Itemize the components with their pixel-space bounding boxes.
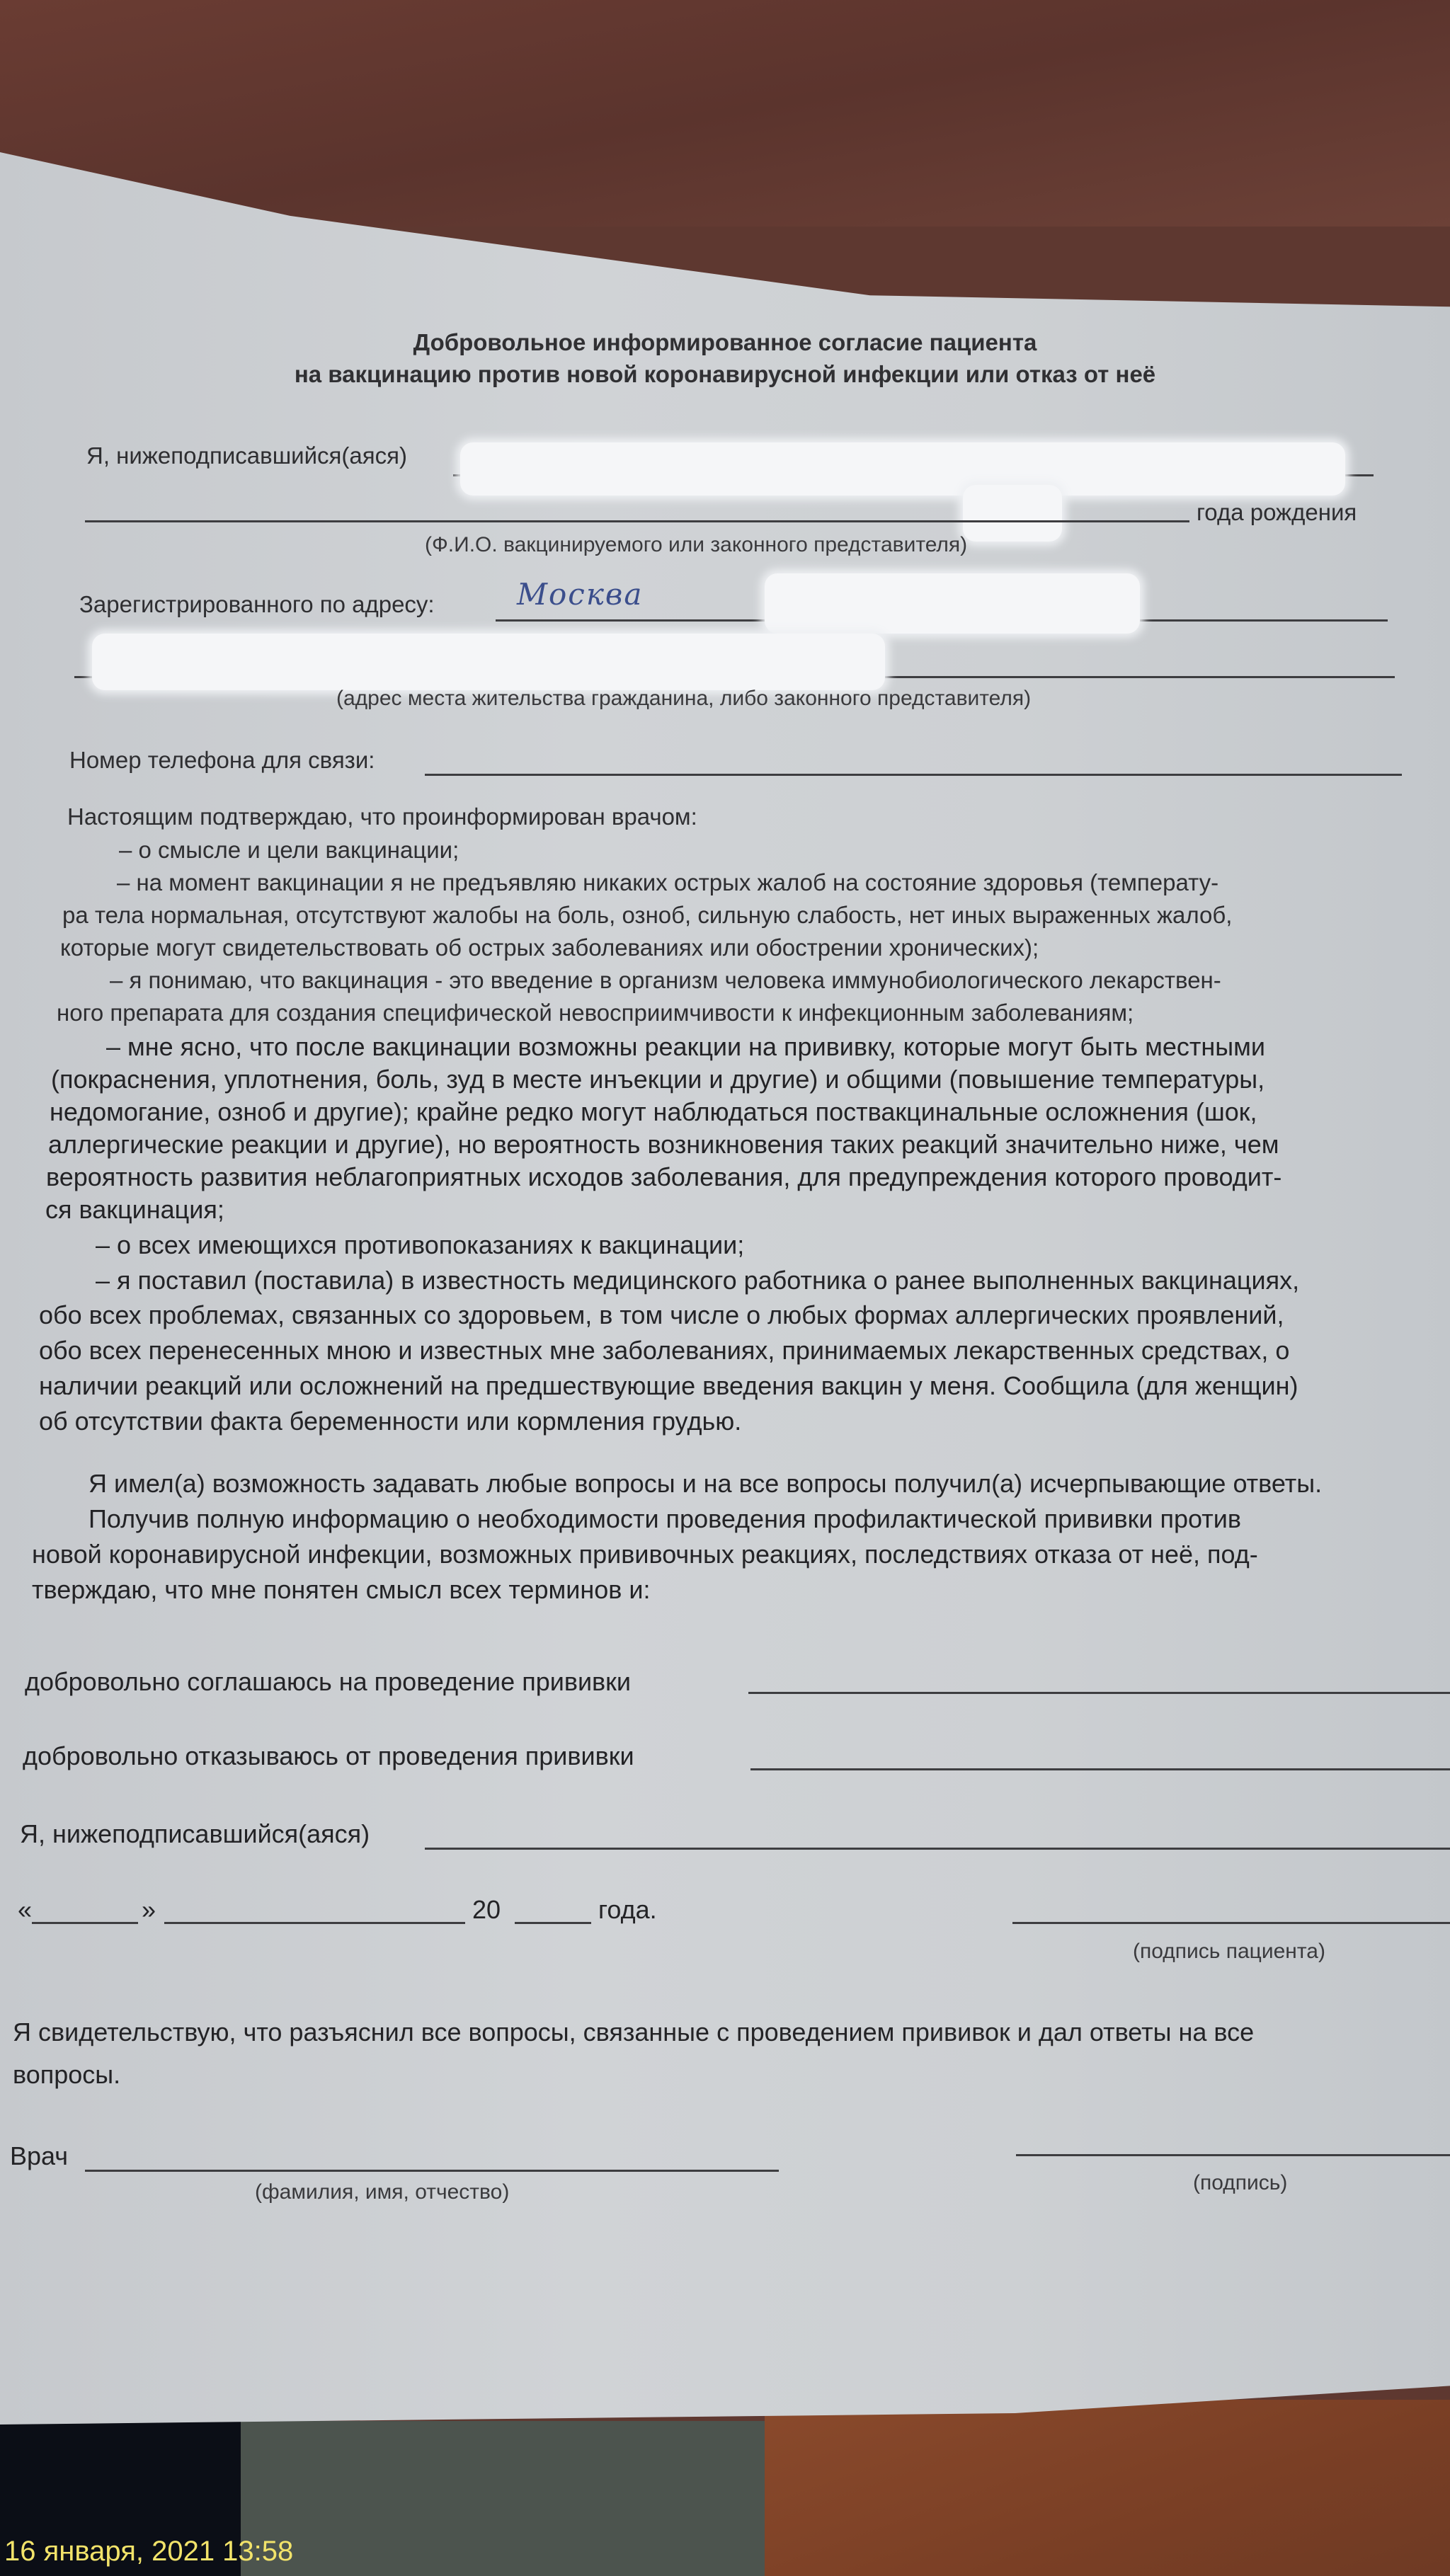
questions-line: новой коронавирусной инфекции, возможных… [32, 1540, 1258, 1569]
patient-name-label: Я, нижеподписавшийся(аяся) [86, 442, 407, 469]
redacted-address-part2 [92, 634, 885, 690]
consent-signature-field[interactable] [748, 1692, 1450, 1694]
doctor-label: Врач [10, 2141, 68, 2171]
patient-signature-caption: (подпись пациента) [1133, 1940, 1325, 1964]
phone-field[interactable] [425, 774, 1402, 776]
address-handwritten-city: Москва [517, 577, 643, 612]
doctor-statement-line1: Я свидетельствую, что разъяснил все вопр… [13, 2017, 1254, 2047]
body-line: – о всех имеющихся противопоказаниях к в… [96, 1230, 744, 1260]
doctor-signature-field[interactable] [1016, 2154, 1450, 2156]
body-line: – я поставил (поставила) в известность м… [96, 1266, 1299, 1295]
body-line: недомогание, озноб и другие); крайне ред… [50, 1097, 1257, 1127]
body-line: ра тела нормальная, отсутствуют жалобы н… [62, 902, 1232, 929]
phone-label: Номер телефона для связи: [69, 747, 375, 774]
body-line: – о смысле и цели вакцинации; [119, 837, 459, 864]
body-line: которые могут свидетельствовать об остры… [60, 934, 1039, 961]
address-caption: (адрес места жительства гражданина, либо… [336, 687, 1031, 711]
doctor-signature-caption: (подпись) [1193, 2171, 1287, 2195]
date-year-field[interactable] [515, 1922, 591, 1924]
date-year-suffix: года. [598, 1895, 657, 1925]
address-label: Зарегистрированного по адресу: [79, 591, 435, 618]
date-close-quote: » [142, 1895, 156, 1925]
body-line: ся вакцинация; [45, 1195, 224, 1225]
body-line: – я понимаю, что вакцинация - это введен… [110, 967, 1221, 994]
form-title-line1: Добровольное информированное согласие па… [0, 329, 1450, 356]
body-line: обо всех перенесенных мною и известных м… [39, 1336, 1289, 1366]
doctor-statement-line2: вопросы. [13, 2060, 120, 2090]
redacted-address-part1 [765, 573, 1140, 634]
refusal-label: добровольно отказываюсь от проведения пр… [23, 1741, 634, 1771]
redacted-birth-year [963, 485, 1062, 542]
birth-year-field[interactable] [85, 520, 1189, 522]
patient-signature-field[interactable] [1012, 1922, 1450, 1924]
body-line: – мне ясно, что после вакцинации возможн… [106, 1032, 1265, 1062]
consent-label: добровольно соглашаюсь на проведение при… [25, 1667, 631, 1697]
birth-year-label: года рождения [1197, 499, 1357, 526]
date-day-field[interactable] [32, 1922, 138, 1924]
date-century: 20 [472, 1895, 501, 1925]
refusal-signature-field[interactable] [750, 1768, 1450, 1770]
doctor-name-caption: (фамилия, имя, отчество) [255, 2180, 509, 2204]
wooden-table-background-bottom [765, 2400, 1450, 2576]
consent-form-paper: Добровольное информированное согласие па… [0, 152, 1450, 2425]
body-line: – на момент вакцинации я не предъявляю н… [117, 869, 1218, 896]
questions-line: Я имел(а) возможность задавать любые воп… [89, 1469, 1322, 1499]
body-line: аллергические реакции и другие), но веро… [48, 1130, 1279, 1160]
photo-timestamp: 16 января, 2021 13:58 [4, 2536, 293, 2568]
gray-object-background [241, 2421, 793, 2576]
questions-line: тверждаю, что мне понятен смысл всех тер… [32, 1575, 650, 1605]
redacted-patient-name [460, 442, 1345, 496]
doctor-name-field[interactable] [85, 2170, 779, 2172]
fio-caption: (Ф.И.О. вакцинируемого или законного пре… [425, 533, 967, 557]
body-line: ного препарата для создания специфическо… [57, 1000, 1134, 1026]
questions-line: Получив полную информацию о необходимост… [89, 1504, 1241, 1534]
date-open-quote: « [18, 1895, 32, 1925]
undersigned-name-field[interactable] [425, 1848, 1450, 1850]
body-line: (покраснения, уплотнения, боль, зуд в ме… [51, 1065, 1265, 1094]
wooden-table-background-top [0, 0, 1450, 227]
body-line: вероятность развития неблагоприятных исх… [46, 1162, 1281, 1192]
body-line: обо всех проблемах, связанных со здоровь… [39, 1300, 1284, 1330]
date-month-field[interactable] [164, 1922, 465, 1924]
body-line: об отсутствии факта беременности или кор… [39, 1407, 741, 1436]
undersigned-label: Я, нижеподписавшийся(аяся) [20, 1819, 370, 1849]
form-title-line2: на вакцинацию против новой коронавирусно… [0, 361, 1450, 388]
informed-intro: Настоящим подтверждаю, что проинформиров… [67, 803, 697, 830]
body-line: наличии реакций или осложнений на предше… [39, 1371, 1298, 1401]
